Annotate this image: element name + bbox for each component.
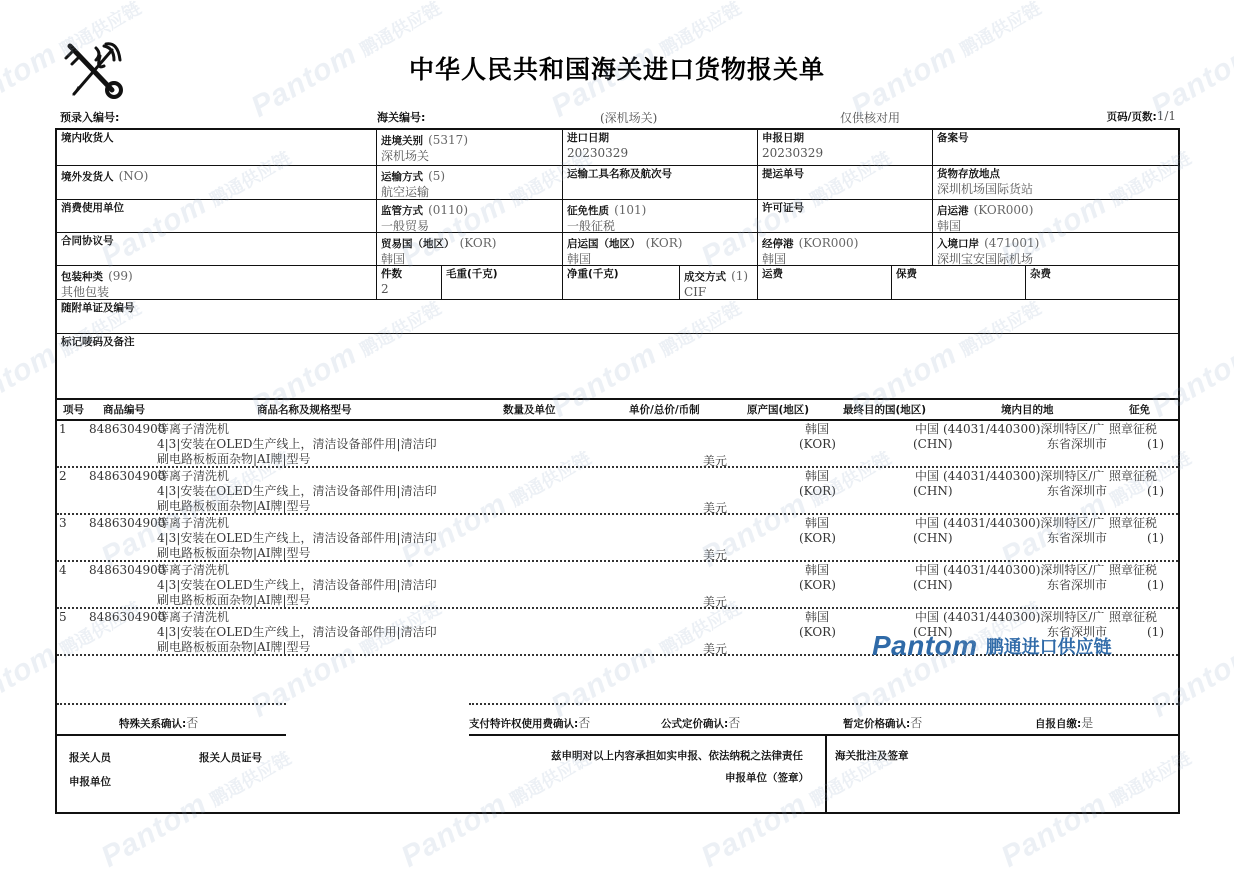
dest-code: (CHN) [913, 531, 953, 545]
field-misc-fee: 杂费 [1026, 266, 1178, 300]
page-value: 1/1 [1157, 109, 1176, 123]
goods-row: 48486304900等离子清洗机4|3|安装在OLED生产线上，清洁设备部件用… [57, 562, 1178, 609]
dest-code: (CHN) [913, 484, 953, 498]
field-levy-nature: 征免性质 (101)一般征税 [563, 200, 758, 233]
royalty-confirm: 支付特许权使用费确认:否 [469, 714, 590, 731]
goods-spec-cont: 刷电路板板面杂物|AI牌|型号 [157, 640, 311, 654]
item-no: 3 [59, 516, 67, 530]
field-insurance: 保费 [892, 266, 1026, 300]
dest-country: 中国 [915, 563, 939, 577]
goods-spec-cont: 刷电路板板面杂物|AI牌|型号 [157, 452, 311, 466]
document-title: 中华人民共和国海关进口货物报关单 [0, 50, 1234, 86]
page-indicator: 页码/页数:1/1 [1107, 109, 1176, 124]
levy-code: (1) [1147, 578, 1164, 592]
dest-code: (CHN) [913, 578, 953, 592]
field-departure-port: 启运港 (KOR000)韩国 [933, 200, 1178, 233]
special-relation-confirm: 特殊关系确认:否 [119, 714, 198, 731]
origin-country: 韩国 [805, 610, 829, 624]
domestic-dest-cont: 东省深圳市 [1047, 578, 1107, 592]
goods-name: 等离子清洗机 [157, 563, 229, 577]
customs-name: (深机场关) [600, 109, 657, 126]
field-attached-docs: 随附单证及编号 [57, 300, 1178, 334]
formula-price-confirm: 公式定价确认:否 [661, 714, 740, 731]
customs-no-label: 海关编号: [377, 109, 425, 125]
domestic-dest-cont: 东省深圳市 [1047, 437, 1107, 451]
field-contract-no: 合同协议号 [57, 233, 377, 266]
col-name-spec: 商品名称及规格型号 [257, 402, 352, 420]
levy-code: (1) [1147, 484, 1164, 498]
brand-name-cn: 鹏通进口供应链 [986, 633, 1112, 659]
field-storage-place: 货物存放地点深圳机场国际货站 [933, 166, 1178, 200]
goods-row: 28486304900等离子清洗机4|3|安装在OLED生产线上，清洁设备部件用… [57, 468, 1178, 515]
domestic-dest: (44031/440300)深圳特区/广 [943, 422, 1104, 436]
col-hs-code: 商品编号 [103, 402, 145, 420]
dest-country: 中国 [915, 516, 939, 530]
hs-code: 8486304900 [89, 469, 165, 483]
field-transit-port: 经停港 (KOR000)韩国 [758, 233, 933, 266]
field-declare-date: 申报日期20230329 [758, 130, 933, 166]
dest-code: (CHN) [913, 437, 953, 451]
pantom-brand-logo: Pantom 鹏通进口供应链 [872, 630, 1112, 662]
levy-mode: 照章征税 [1109, 516, 1157, 530]
origin-code: (KOR) [799, 625, 836, 639]
field-pieces: 件数2 [377, 266, 442, 300]
item-no: 2 [59, 469, 67, 483]
goods-spec: 4|3|安装在OLED生产线上，清洁设备部件用|清洁印 [157, 531, 437, 545]
hs-code: 8486304900 [89, 563, 165, 577]
field-package-type: 包装种类 (99)其他包装 [57, 266, 377, 300]
field-import-date: 进口日期20230329 [563, 130, 758, 166]
field-consumer-unit: 消费使用单位 [57, 200, 377, 233]
field-deal-mode: 成交方式 (1)CIF [680, 266, 758, 300]
goods-spec-cont: 刷电路板板面杂物|AI牌|型号 [157, 593, 311, 607]
field-transport-mode: 运输方式 (5)航空运输 [377, 166, 563, 200]
usage-note: 仅供核对用 [840, 109, 900, 126]
field-vehicle-voyage: 运输工具名称及航次号 [563, 166, 758, 200]
field-departure-country: 启运国（地区） (KOR)韩国 [563, 233, 758, 266]
col-price: 单价/总价/币制 [629, 402, 700, 420]
hs-code: 8486304900 [89, 516, 165, 530]
origin-country: 韩国 [805, 563, 829, 577]
origin-country: 韩国 [805, 516, 829, 530]
pre-entry-no-label: 预录入编号: [60, 109, 119, 125]
field-license-no: 许可证号 [758, 200, 933, 233]
origin-country: 韩国 [805, 422, 829, 436]
origin-code: (KOR) [799, 437, 836, 451]
field-supervision-mode: 监管方式 (0110)一般贸易 [377, 200, 563, 233]
goods-name: 等离子清洗机 [157, 469, 229, 483]
field-record-no: 备案号 [933, 130, 1178, 166]
levy-mode: 照章征税 [1109, 610, 1157, 624]
domestic-dest: (44031/440300)深圳特区/广 [943, 469, 1104, 483]
levy-mode: 照章征税 [1109, 422, 1157, 436]
domestic-dest: (44031/440300)深圳特区/广 [943, 610, 1104, 624]
dest-country: 中国 [915, 422, 939, 436]
field-consignee: 境内收货人 [57, 130, 377, 166]
field-marks-remarks: 标记唛码及备注 [57, 334, 1178, 400]
origin-code: (KOR) [799, 578, 836, 592]
field-freight: 运费 [758, 266, 892, 300]
domestic-dest-cont: 东省深圳市 [1047, 484, 1107, 498]
col-domestic-dest: 境内目的地 [1001, 402, 1054, 420]
domestic-dest: (44031/440300)深圳特区/广 [943, 516, 1104, 530]
declarant-cert-label: 报关人员证号 [199, 750, 262, 765]
levy-code: (1) [1147, 437, 1164, 451]
goods-name: 等离子清洗机 [157, 516, 229, 530]
goods-spec: 4|3|安装在OLED生产线上，清洁设备部件用|清洁印 [157, 578, 437, 592]
self-report-confirm: 自报自缴:是 [1035, 714, 1093, 731]
origin-country: 韩国 [805, 469, 829, 483]
goods-name: 等离子清洗机 [157, 610, 229, 624]
page-label: 页码/页数: [1107, 111, 1157, 123]
hs-code: 8486304900 [89, 610, 165, 624]
goods-row: 38486304900等离子清洗机4|3|安装在OLED生产线上，清洁设备部件用… [57, 515, 1178, 562]
levy-mode: 照章征税 [1109, 563, 1157, 577]
goods-spec-cont: 刷电路板板面杂物|AI牌|型号 [157, 499, 311, 513]
legal-statement: 兹申明对以上内容承担如实申报、依法纳税之法律责任 [551, 748, 803, 763]
item-no: 1 [59, 422, 67, 436]
item-no: 4 [59, 563, 67, 577]
brand-name-en: Pantom [872, 630, 978, 662]
declarant-label: 报关人员 [69, 750, 111, 765]
col-quantity: 数量及单位 [503, 402, 556, 420]
col-origin: 原产国(地区) [747, 402, 809, 420]
field-overseas-shipper: 境外发货人 (NO) [57, 166, 377, 200]
goods-row: 18486304900等离子清洗机4|3|安装在OLED生产线上，清洁设备部件用… [57, 421, 1178, 468]
item-no: 5 [59, 610, 67, 624]
field-trade-country: 贸易国（地区） (KOR)韩国 [377, 233, 563, 266]
col-levy: 征免 [1129, 402, 1150, 420]
goods-spec: 4|3|安装在OLED生产线上，清洁设备部件用|清洁印 [157, 484, 437, 498]
provisional-price-confirm: 暂定价格确认:否 [843, 714, 922, 731]
field-entry-customs: 进境关别 (5317)深机场关 [377, 130, 563, 166]
goods-spec-cont: 刷电路板板面杂物|AI牌|型号 [157, 546, 311, 560]
goods-spec: 4|3|安装在OLED生产线上，清洁设备部件用|清洁印 [157, 437, 437, 451]
domestic-dest: (44031/440300)深圳特区/广 [943, 563, 1104, 577]
dest-country: 中国 [915, 469, 939, 483]
declare-unit-label: 申报单位 [69, 774, 111, 789]
goods-name: 等离子清洗机 [157, 422, 229, 436]
origin-code: (KOR) [799, 484, 836, 498]
seal-label: 申报单位（签章） [725, 770, 809, 785]
origin-code: (KOR) [799, 531, 836, 545]
field-net-weight: 净重(千克) [563, 266, 680, 300]
field-entry-port: 入境口岸 (471001)深圳宝安国际机场 [933, 233, 1178, 266]
levy-mode: 照章征税 [1109, 469, 1157, 483]
hs-code: 8486304900 [89, 422, 165, 436]
field-gross-weight: 毛重(千克) [442, 266, 563, 300]
field-bill-no: 提运单号 [758, 166, 933, 200]
dest-country: 中国 [915, 610, 939, 624]
levy-code: (1) [1147, 531, 1164, 545]
domestic-dest-cont: 东省深圳市 [1047, 531, 1107, 545]
customs-approval-label: 海关批注及签章 [835, 748, 909, 763]
col-destination: 最终目的国(地区) [843, 402, 926, 420]
levy-code: (1) [1147, 625, 1164, 639]
col-item-no: 项号 [63, 402, 84, 420]
goods-spec: 4|3|安装在OLED生产线上，清洁设备部件用|清洁印 [157, 625, 437, 639]
declaration-form: 境内收货人 进境关别 (5317)深机场关 进口日期20230329 申报日期2… [55, 128, 1180, 814]
